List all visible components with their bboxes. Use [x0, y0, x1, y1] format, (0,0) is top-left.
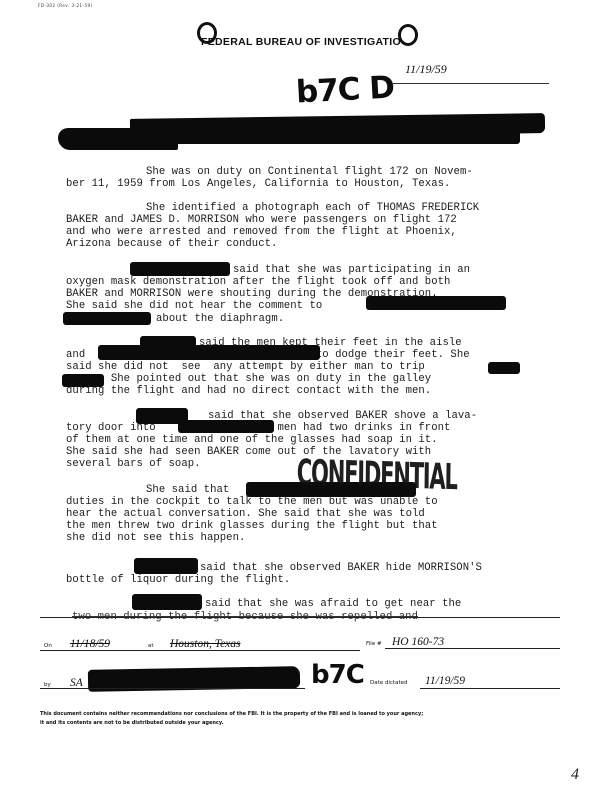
redaction-bar	[63, 312, 151, 325]
file-number: HO 160-73	[392, 636, 444, 648]
disclaimer-line: it and its contents are not to be distri…	[40, 719, 570, 728]
interview-location: Houston, Texas	[170, 638, 241, 650]
redaction-bar	[170, 130, 520, 144]
paragraph-line: during the flight and had no direct cont…	[66, 385, 431, 397]
paragraph-line: of them at one time and one of the glass…	[66, 434, 438, 446]
paragraph-line: several bars of soap.	[66, 458, 201, 470]
exemption-marking-bottom: b7C	[311, 660, 364, 690]
paragraph-line: and who were arrested and removed from t…	[66, 226, 457, 238]
disclaimer-line: This document contains neither recommend…	[40, 710, 570, 719]
paragraph-line: she did not see this happen.	[66, 532, 245, 544]
page-number-handwritten: 4	[571, 766, 579, 784]
date-dictated-label: Date dictated	[370, 680, 408, 686]
paragraph-line: BAKER and JAMES D. MORRISON who were pas…	[66, 214, 457, 226]
date-rule	[393, 83, 549, 84]
paragraph-line: She identified a photograph each of THOM…	[146, 202, 479, 214]
paragraph-line: She said she did not hear the comment to	[66, 300, 322, 312]
at-label: at	[148, 643, 154, 649]
paragraph-line: hear the actual conversation. She said t…	[66, 508, 425, 520]
paragraph-line: . She pointed out that she was on duty i…	[66, 373, 431, 385]
confidential-stamp: CONFIDENTIAL	[297, 452, 457, 499]
redaction-bar	[488, 362, 520, 374]
redaction-bar	[130, 262, 230, 276]
paragraph-line: duties in the cockpit to talk to the men…	[66, 496, 438, 508]
paragraph-line: ber 11, 1959 from Los Angeles, Californi…	[66, 178, 450, 190]
redaction-bar	[134, 558, 198, 574]
form-code: FD-302 (Rev. 3-21-59)	[38, 3, 93, 8]
exemption-marking-top: b7C D	[295, 69, 395, 110]
form-rule	[385, 648, 560, 649]
paragraph-line: said that she was afraid to get near the	[205, 598, 461, 610]
redaction-bar	[178, 420, 274, 433]
paragraph-line: She was on duty on Continental flight 17…	[146, 166, 473, 178]
form-rule	[420, 688, 560, 689]
interview-date: 11/18/59	[70, 638, 110, 650]
redaction-bar	[98, 345, 320, 360]
punch-hole-right	[398, 24, 418, 46]
date-dictated: 11/19/59	[425, 675, 465, 687]
paragraph-line: oxygen mask demonstration after the flig…	[66, 276, 450, 288]
transcribed-date: 11/19/59	[405, 62, 447, 77]
on-label: On	[44, 643, 52, 649]
form-rule	[40, 688, 305, 689]
redaction-bar	[366, 296, 506, 310]
paragraph-line: about the diaphragm.	[156, 313, 284, 325]
file-label: File #	[366, 641, 382, 647]
paragraph-line: said she did not see any attempt by eith…	[66, 361, 425, 373]
form-rule	[40, 650, 360, 651]
paragraph-line: Arizona because of their conduct.	[66, 238, 277, 250]
paragraph-line: She said that	[146, 484, 229, 496]
redaction-bar	[58, 128, 178, 150]
paragraph-line: the men threw two drink glasses during t…	[66, 520, 438, 532]
agency-title: FEDERAL BUREAU OF INVESTIGATIO	[201, 36, 401, 48]
disclaimer: This document contains neither recommend…	[40, 710, 570, 728]
signature-rule	[40, 617, 560, 618]
redaction-bar	[132, 594, 202, 610]
paragraph-line: said that she observed BAKER hide MORRIS…	[200, 562, 482, 574]
paragraph-line: bottle of liquor during the flight.	[66, 574, 290, 586]
paragraph-line: said that she was participating in an	[233, 264, 470, 276]
